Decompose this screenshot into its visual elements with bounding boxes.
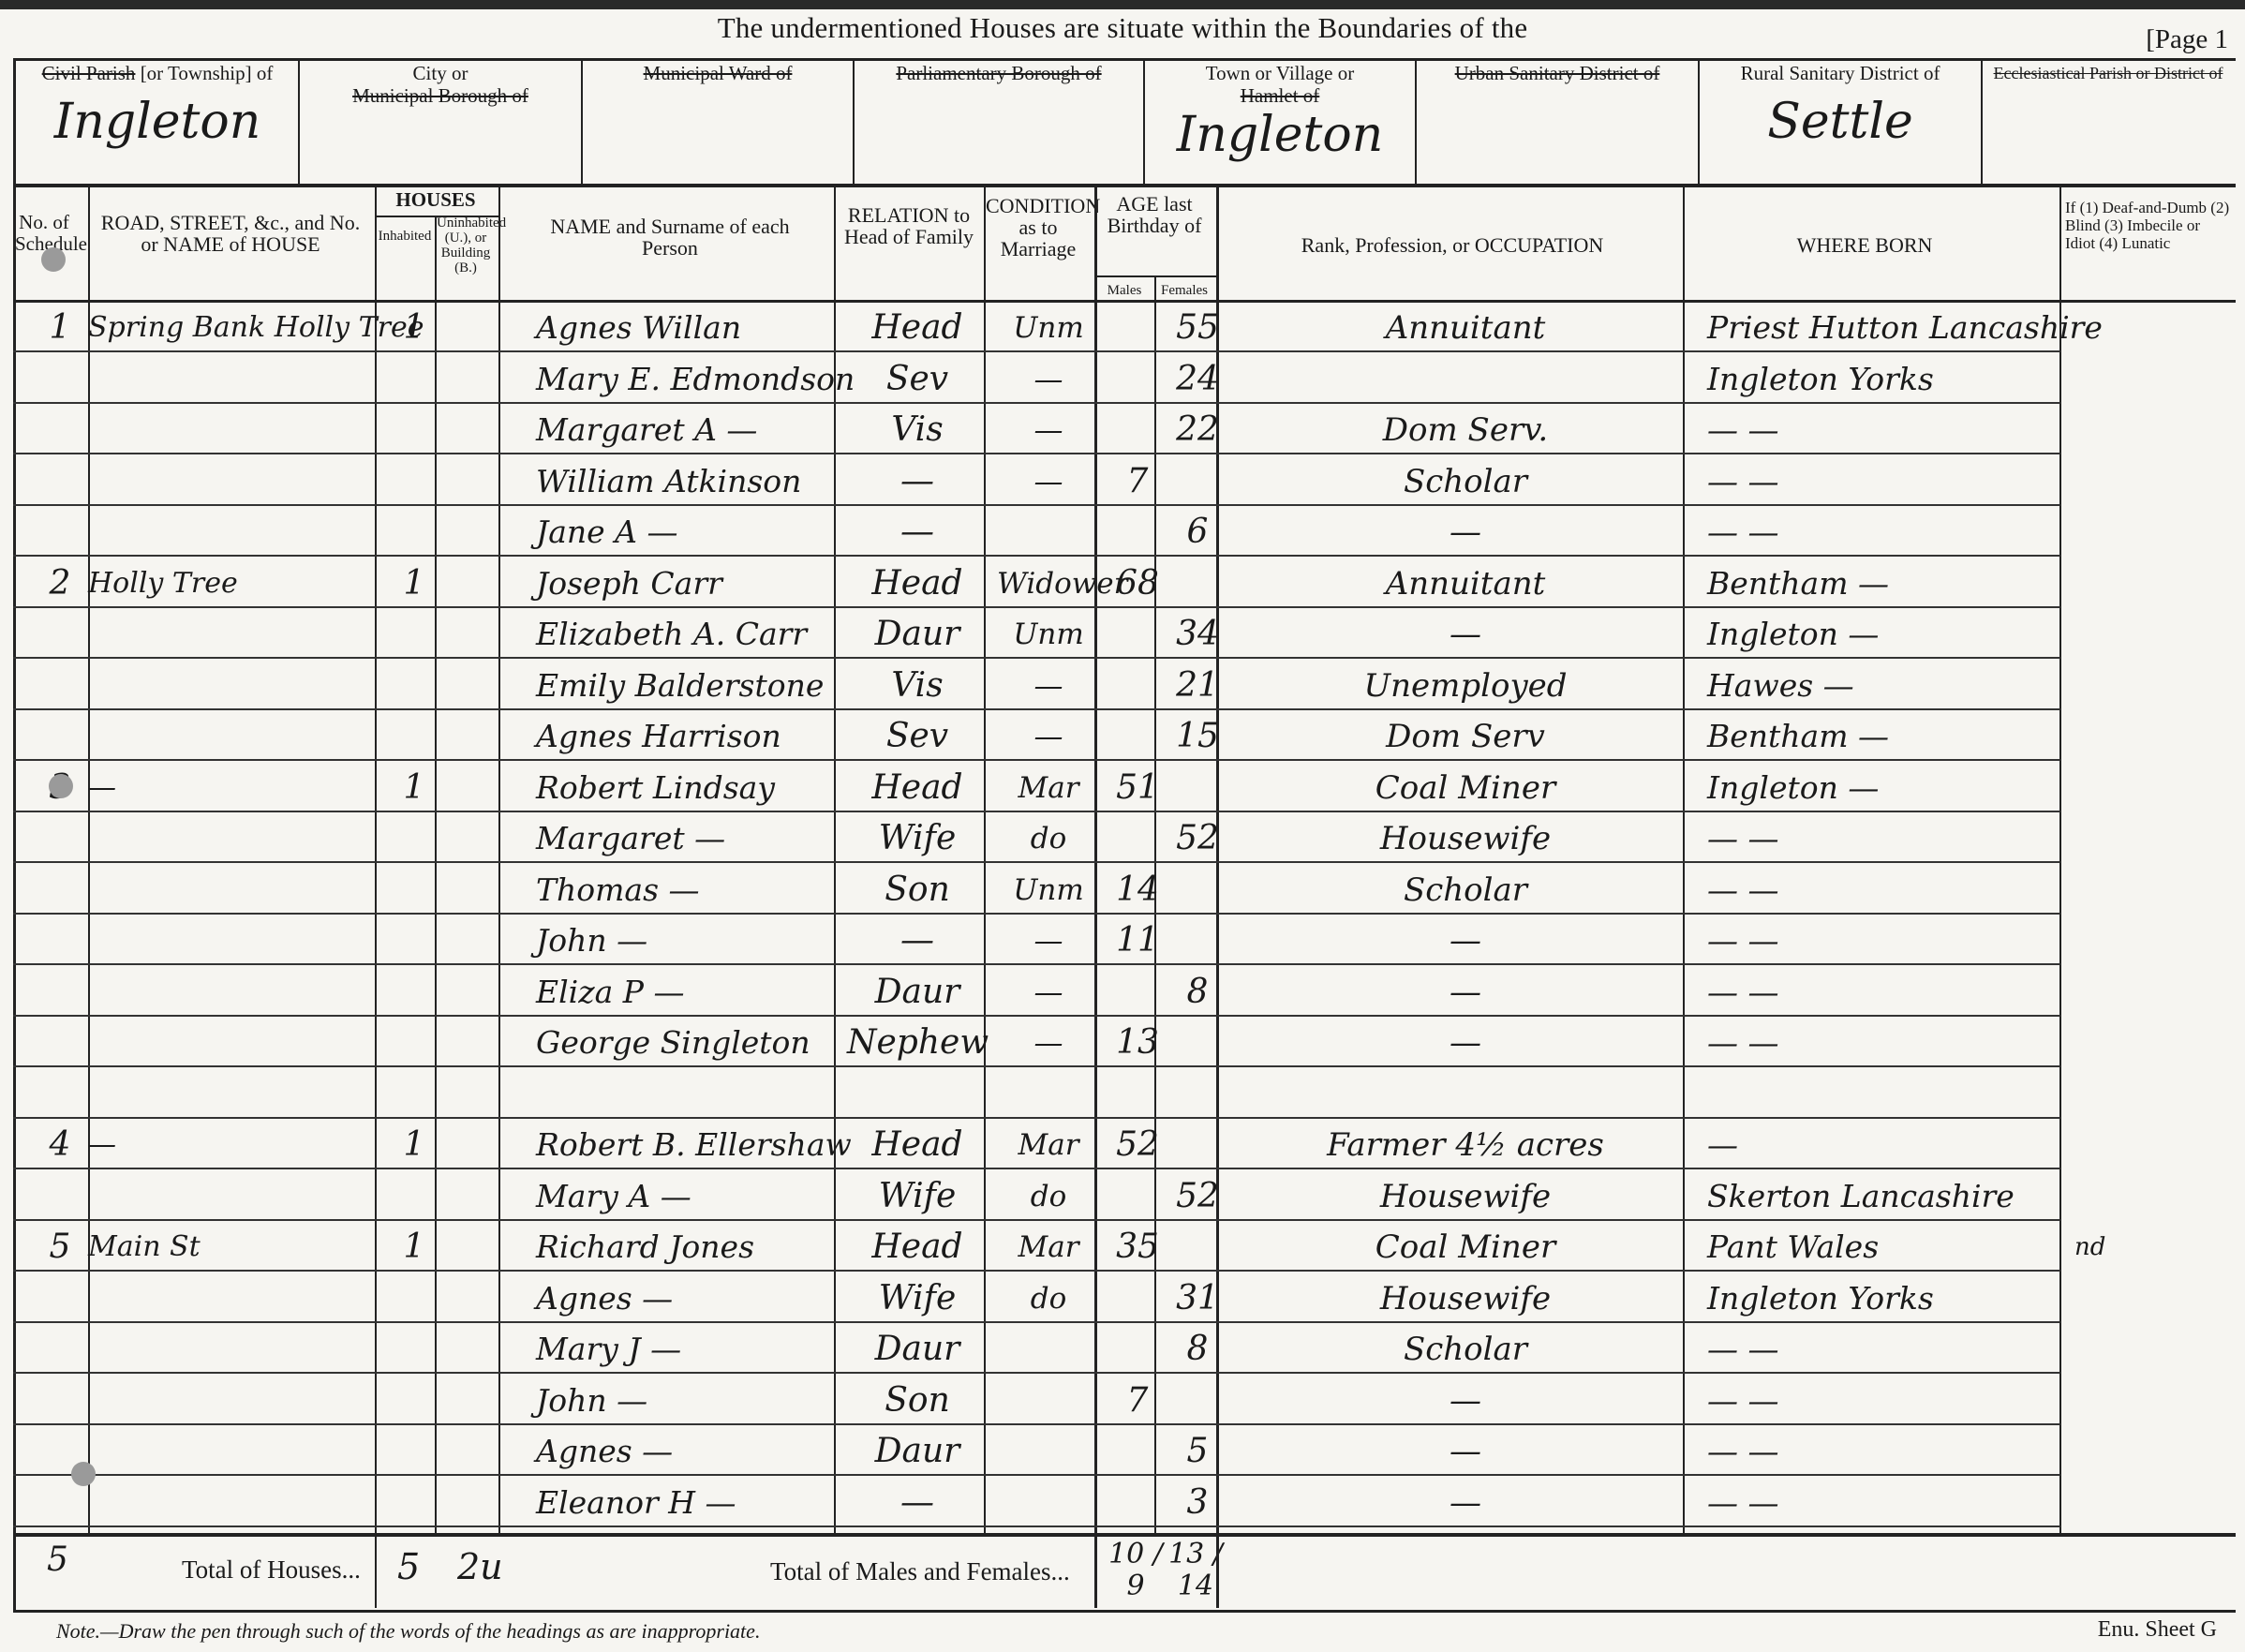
cell-inf [2074, 864, 2243, 913]
cell-rel [847, 1068, 988, 1117]
rule [13, 1610, 2236, 1613]
col-sched-no: No. of Schedule [15, 212, 73, 255]
cell-name: Eliza P — [519, 966, 845, 1015]
cell-inh [381, 1272, 447, 1321]
cell-road [88, 455, 369, 504]
cell-rel: Head [847, 762, 988, 811]
struck-label: Ecclesiastical Parish or District of [1983, 62, 2234, 84]
cell-cond: Mar [997, 1221, 1100, 1270]
cell-f [1169, 1119, 1226, 1168]
cell-rel: Son [847, 1375, 988, 1423]
cell-inf [2074, 1477, 2243, 1525]
cell-inh [381, 710, 447, 759]
cell-born: Bentham — [1700, 558, 2063, 606]
cell-cond: — [997, 660, 1100, 708]
cell-occ: Scholar [1241, 1323, 1690, 1372]
cell-rel: Sev [847, 353, 988, 402]
cell-inf [2074, 404, 2243, 453]
cell-inh [381, 1477, 447, 1525]
cell-sched [32, 660, 88, 708]
cell-cond: Unm [997, 608, 1100, 657]
table-row: Margaret A —Vis—22Dom Serv.— — [13, 404, 2060, 454]
table-row: Jane A ——6—— — [13, 506, 2060, 557]
cell-cond: — [997, 1017, 1100, 1065]
cell-m [1109, 812, 1166, 861]
cell-cond: — [997, 353, 1100, 402]
cell-inf: nd [2074, 1221, 2243, 1270]
cell-uninh [452, 1119, 508, 1168]
cell-sched: 4 [32, 1119, 88, 1168]
cell-name: Agnes Willan [519, 302, 845, 350]
cell-uninh [452, 660, 508, 708]
cell-road: — [88, 762, 369, 811]
cell-cond: Mar [997, 762, 1100, 811]
cell-born: Ingleton — [1700, 608, 2063, 657]
cell-f: 8 [1169, 966, 1226, 1015]
rule [1094, 275, 1216, 277]
cell-born: — — [1700, 915, 2063, 963]
cell-uninh [452, 864, 508, 913]
cell-born: — — [1700, 1323, 2063, 1372]
cell-rel: Son [847, 864, 988, 913]
cell-f: 52 [1169, 1170, 1226, 1219]
col-females: Females [1156, 283, 1212, 298]
persons-total-label: Total of Males and Females... [770, 1557, 1070, 1586]
col-name: NAME and Surname of each Person [525, 216, 815, 259]
cell-name [519, 1068, 845, 1117]
struck-label: Parliamentary Borough of [855, 62, 1143, 84]
cell-sched [32, 864, 88, 913]
cell-uninh [452, 455, 508, 504]
cell-inf [2074, 1017, 2243, 1065]
cell-occ: — [1241, 1477, 1690, 1525]
cell-road: Spring Bank Holly Tree [88, 302, 369, 350]
struck-label: Municipal Borough of [300, 84, 581, 107]
banner-heading: The undermentioned Houses are situate wi… [0, 11, 2245, 52]
cell-uninh [452, 558, 508, 606]
cell-f [1169, 1221, 1226, 1270]
rule [375, 1537, 377, 1608]
cell-inh [381, 506, 447, 555]
cell-inh: 1 [381, 1119, 447, 1168]
cell-rel: — [847, 506, 988, 555]
cell-road [88, 1323, 369, 1372]
cell-sched [32, 1323, 88, 1372]
cell-road [88, 864, 369, 913]
cell-f [1169, 455, 1226, 504]
boundary-value: Settle [1700, 94, 1981, 150]
cell-inf [2074, 1323, 2243, 1372]
cell-m: 11 [1109, 915, 1166, 963]
cell-name: Eleanor H — [519, 1477, 845, 1525]
col-occupation: Rank, Profession, or OCCUPATION [1227, 234, 1677, 256]
cell-uninh [452, 506, 508, 555]
cell-name: Agnes — [519, 1425, 845, 1474]
cell-name: Joseph Carr [519, 558, 845, 606]
cell-uninh [452, 1170, 508, 1219]
cell-cond: do [997, 812, 1100, 861]
cell-inh [381, 353, 447, 402]
cell-road [88, 1425, 369, 1474]
cell-cond: Mar [997, 1119, 1100, 1168]
cell-sched [32, 1170, 88, 1219]
cell-sched [32, 1068, 88, 1117]
cell-inh [381, 1170, 447, 1219]
cell-road [88, 1375, 369, 1423]
table-row: George SingletonNephew—13—— — [13, 1017, 2060, 1067]
cell-inh: 1 [381, 1221, 447, 1270]
cell-inf [2074, 1272, 2243, 1321]
cell-name: Robert Lindsay [519, 762, 845, 811]
cell-inf [2074, 812, 2243, 861]
table-row: Eliza P —Daur—8—— — [13, 966, 2060, 1017]
cell-sched: 1 [32, 302, 88, 350]
cell-f: 21 [1169, 660, 1226, 708]
cell-f: 6 [1169, 506, 1226, 555]
cell-name: Thomas — [519, 864, 845, 913]
label: Rural Sanitary District of [1700, 62, 1981, 84]
cell-name: William Atkinson [519, 455, 845, 504]
cell-name: Richard Jones [519, 1221, 845, 1270]
cell-uninh [452, 302, 508, 350]
cell-inh: 1 [381, 558, 447, 606]
cell-m [1109, 1068, 1166, 1117]
cell-m [1109, 1272, 1166, 1321]
struck-label: Municipal Ward of [583, 62, 853, 84]
cell-cond: — [997, 710, 1100, 759]
cell-uninh [452, 1272, 508, 1321]
cell-m [1109, 1323, 1166, 1372]
cell-f [1169, 915, 1226, 963]
cell-born: — — [1700, 1425, 2063, 1474]
cell-occ: — [1241, 966, 1690, 1015]
table-row: William Atkinson——7Scholar— — [13, 455, 2060, 506]
table-row: Mary J —Daur8Scholar— — [13, 1323, 2060, 1374]
uninhabited-total: 2u [457, 1546, 503, 1587]
cell-f [1169, 558, 1226, 606]
ink-blot [71, 1462, 96, 1486]
cell-born: — — [1700, 455, 2063, 504]
table-row: Mary E. EdmondsonSev—24Ingleton Yorks [13, 353, 2060, 404]
cell-m [1109, 353, 1166, 402]
cell-rel: Vis [847, 660, 988, 708]
cell-uninh [452, 915, 508, 963]
col-houses: HOUSES [375, 189, 497, 211]
label: City or [300, 62, 581, 84]
cell-occ: Annuitant [1241, 558, 1690, 606]
cell-f: 34 [1169, 608, 1226, 657]
cell-occ [1241, 353, 1690, 402]
boundary-ecclesiastical: Ecclesiastical Parish or District of [1983, 62, 2234, 186]
cell-uninh [452, 710, 508, 759]
cell-cond [997, 1323, 1100, 1372]
cell-inf [2074, 1425, 2243, 1474]
cell-cond [997, 506, 1100, 555]
cell-name: Emily Balderstone [519, 660, 845, 708]
col-uninhabited: Uninhabited (U.), or Building (B.) [437, 216, 495, 275]
col-infirmity: If (1) Deaf-and-Dumb (2) Blind (3) Imbec… [2065, 199, 2230, 252]
page-number: [Page 1 [2146, 24, 2228, 55]
cell-rel: Wife [847, 812, 988, 861]
cell-uninh [452, 1425, 508, 1474]
cell-inf [2074, 302, 2243, 350]
cell-name: Agnes — [519, 1272, 845, 1321]
cell-cond: Unm [997, 864, 1100, 913]
cell-rel: Head [847, 1119, 988, 1168]
cell-sched: 2 [32, 558, 88, 606]
cell-cond [997, 1375, 1100, 1423]
cell-f: 52 [1169, 812, 1226, 861]
cell-uninh [452, 1477, 508, 1525]
cell-uninh [452, 404, 508, 453]
label: Town or Village or [1145, 62, 1415, 84]
cell-sched [32, 1272, 88, 1321]
cell-inh [381, 1017, 447, 1065]
col-relation: RELATION to Head of Family [834, 204, 984, 247]
cell-m [1109, 660, 1166, 708]
cell-road [88, 710, 369, 759]
cell-f [1169, 1068, 1226, 1117]
cell-born: Pant Wales [1700, 1221, 2063, 1270]
table-row: Agnes HarrisonSev—15Dom ServBentham — [13, 710, 2060, 761]
label: [or Township] of [141, 62, 274, 84]
cell-inh [381, 864, 447, 913]
cell-born: Ingleton Yorks [1700, 353, 2063, 402]
cell-m [1109, 404, 1166, 453]
boundary-parliamentary: Parliamentary Borough of [855, 62, 1143, 186]
cell-sched [32, 1017, 88, 1065]
cell-road [88, 608, 369, 657]
cell-name: Agnes Harrison [519, 710, 845, 759]
cell-f: 15 [1169, 710, 1226, 759]
cell-occ: — [1241, 1375, 1690, 1423]
houses-total-label: Total of Houses... [182, 1555, 361, 1585]
boundary-civil-parish: Civil Parish [or Township] of Ingleton [17, 62, 298, 186]
cell-sched [32, 710, 88, 759]
rule [13, 58, 2236, 61]
cell-road [88, 812, 369, 861]
cell-name: Mary E. Edmondson [519, 353, 845, 402]
cell-occ [1241, 1068, 1690, 1117]
cell-name: Robert B. Ellershaw [519, 1119, 845, 1168]
cell-uninh [452, 812, 508, 861]
boundary-town: Town or Village or Hamlet of Ingleton [1145, 62, 1415, 186]
struck-label: Hamlet of [1145, 84, 1415, 107]
cell-road: Main St [88, 1221, 369, 1270]
cell-m [1109, 710, 1166, 759]
cell-uninh [452, 1017, 508, 1065]
cell-road: — [88, 1119, 369, 1168]
cell-inf [2074, 660, 2243, 708]
cell-m: 7 [1109, 1375, 1166, 1423]
rule [1216, 1537, 1219, 1608]
cell-born [1700, 1068, 2063, 1117]
cell-f: 24 [1169, 353, 1226, 402]
col-inhabited: Inhabited [377, 229, 433, 244]
cell-uninh [452, 966, 508, 1015]
cell-road [88, 660, 369, 708]
cell-occ: — [1241, 1017, 1690, 1065]
cell-road [88, 1017, 369, 1065]
cell-born: — — [1700, 506, 2063, 555]
footnote: Note.—Draw the pen through such of the w… [56, 1619, 760, 1644]
cell-road [88, 404, 369, 453]
cell-f: 22 [1169, 404, 1226, 453]
ink-blot [41, 247, 66, 272]
census-page: The undermentioned Houses are situate wi… [0, 0, 2245, 1652]
cell-m: 35 [1109, 1221, 1166, 1270]
cell-f: 3 [1169, 1477, 1226, 1525]
boundary-urban-sanitary: Urban Sanitary District of [1417, 62, 1698, 186]
cell-name: Margaret A — [519, 404, 845, 453]
schedule-total: 5 [47, 1540, 68, 1579]
cell-sched [32, 966, 88, 1015]
cell-road [88, 506, 369, 555]
cell-occ: Dom Serv. [1241, 404, 1690, 453]
cell-uninh [452, 1221, 508, 1270]
cell-m [1109, 302, 1166, 350]
cell-occ: Housewife [1241, 812, 1690, 861]
cell-m [1109, 1477, 1166, 1525]
cell-f [1169, 762, 1226, 811]
cell-m: 7 [1109, 455, 1166, 504]
rule [375, 216, 498, 217]
boundary-municipal-ward: Municipal Ward of [583, 62, 853, 186]
cell-m [1109, 1425, 1166, 1474]
cell-occ: Farmer 4½ acres [1241, 1119, 1690, 1168]
cell-f [1169, 1017, 1226, 1065]
boundary-city: City or Municipal Borough of [300, 62, 581, 186]
table-row: 2Holly Tree1Joseph CarrHeadWidower68Annu… [13, 558, 2060, 608]
cell-occ: — [1241, 506, 1690, 555]
cell-sched [32, 608, 88, 657]
cell-inh [381, 1068, 447, 1117]
cell-occ: Housewife [1241, 1272, 1690, 1321]
cell-f: 55 [1169, 302, 1226, 350]
cell-cond: — [997, 966, 1100, 1015]
cell-inf [2074, 608, 2243, 657]
cell-cond: Widower [997, 558, 1100, 606]
cell-sched [32, 353, 88, 402]
cell-born: — [1700, 1119, 2063, 1168]
cell-inh [381, 455, 447, 504]
cell-occ: — [1241, 1425, 1690, 1474]
cell-m: 51 [1109, 762, 1166, 811]
cell-inf [2074, 455, 2243, 504]
cell-cond [997, 1425, 1100, 1474]
cell-rel: Daur [847, 1323, 988, 1372]
cell-inf [2074, 558, 2243, 606]
struck-label: Urban Sanitary District of [1417, 62, 1698, 84]
cell-born: Bentham — [1700, 710, 2063, 759]
cell-rel: Vis [847, 404, 988, 453]
cell-cond: — [997, 404, 1100, 453]
cell-uninh [452, 1323, 508, 1372]
cell-cond: do [997, 1272, 1100, 1321]
cell-inf [2074, 762, 2243, 811]
cell-inf [2074, 966, 2243, 1015]
cell-born: — — [1700, 812, 2063, 861]
table-row: 5Main St1Richard JonesHeadMar35Coal Mine… [13, 1221, 2060, 1272]
cell-inf [2074, 1119, 2243, 1168]
cell-name: Mary A — [519, 1170, 845, 1219]
cell-cond [997, 1477, 1100, 1525]
cell-inf [2074, 1375, 2243, 1423]
table-row: Eleanor H ——3—— — [13, 1477, 2060, 1527]
table-row: Elizabeth A. CarrDaurUnm34—Ingleton — [13, 608, 2060, 659]
cell-road [88, 1272, 369, 1321]
cell-f: 5 [1169, 1425, 1226, 1474]
cell-uninh [452, 353, 508, 402]
cell-name: George Singleton [519, 1017, 845, 1065]
cell-name: Margaret — [519, 812, 845, 861]
cell-born: — — [1700, 1017, 2063, 1065]
cell-inh [381, 660, 447, 708]
cell-uninh [452, 762, 508, 811]
cell-rel: Head [847, 1221, 988, 1270]
cell-m [1109, 608, 1166, 657]
cell-occ: Unemployed [1241, 660, 1690, 708]
scan-edge [0, 0, 2245, 9]
cell-rel: Head [847, 302, 988, 350]
cell-sched: 5 [32, 1221, 88, 1270]
cell-sched [32, 812, 88, 861]
cell-occ: Dom Serv [1241, 710, 1690, 759]
cell-m: 52 [1109, 1119, 1166, 1168]
cell-road [88, 353, 369, 402]
cell-name: Mary J — [519, 1323, 845, 1372]
cell-inh [381, 608, 447, 657]
cell-born: Priest Hutton Lancashire [1700, 302, 2063, 350]
cell-road [88, 915, 369, 963]
cell-cond: do [997, 1170, 1100, 1219]
col-males: Males [1096, 283, 1152, 298]
cell-born: Hawes — [1700, 660, 2063, 708]
col-condition: CONDITION as to Marriage [986, 195, 1091, 260]
cell-m [1109, 506, 1166, 555]
cell-rel: — [847, 1477, 988, 1525]
cell-m: 14 [1109, 864, 1166, 913]
col-where-born: WHERE BORN [1687, 234, 2043, 256]
col-age: AGE last Birthday of [1096, 193, 1212, 236]
table-row: 1Spring Bank Holly Tree1Agnes WillanHead… [13, 302, 2060, 352]
cell-m: 68 [1109, 558, 1166, 606]
table-row: 4—1Robert B. EllershawHeadMar52Farmer 4½… [13, 1119, 2060, 1169]
cell-rel: Wife [847, 1272, 988, 1321]
cell-rel: — [847, 915, 988, 963]
cell-sched [32, 506, 88, 555]
cell-cond: Unm [997, 302, 1100, 350]
table-row: Margaret —Wifedo52Housewife— — [13, 812, 2060, 863]
table-row: John ———11—— — [13, 915, 2060, 965]
cell-inh [381, 812, 447, 861]
cell-rel: Nephew [847, 1017, 988, 1065]
table-row: Thomas —SonUnm14Scholar— — [13, 864, 2060, 915]
cell-occ: Housewife [1241, 1170, 1690, 1219]
table-row: Emily BalderstoneVis—21UnemployedHawes — [13, 660, 2060, 710]
cell-born: — — [1700, 404, 2063, 453]
cell-f [1169, 864, 1226, 913]
cell-name: Jane A — [519, 506, 845, 555]
cell-uninh [452, 608, 508, 657]
cell-cond: — [997, 455, 1100, 504]
cell-cond: — [997, 915, 1100, 963]
cell-rel: Sev [847, 710, 988, 759]
cell-occ: Scholar [1241, 864, 1690, 913]
cell-inh [381, 1375, 447, 1423]
cell-inh [381, 915, 447, 963]
cell-born: Ingleton — [1700, 762, 2063, 811]
